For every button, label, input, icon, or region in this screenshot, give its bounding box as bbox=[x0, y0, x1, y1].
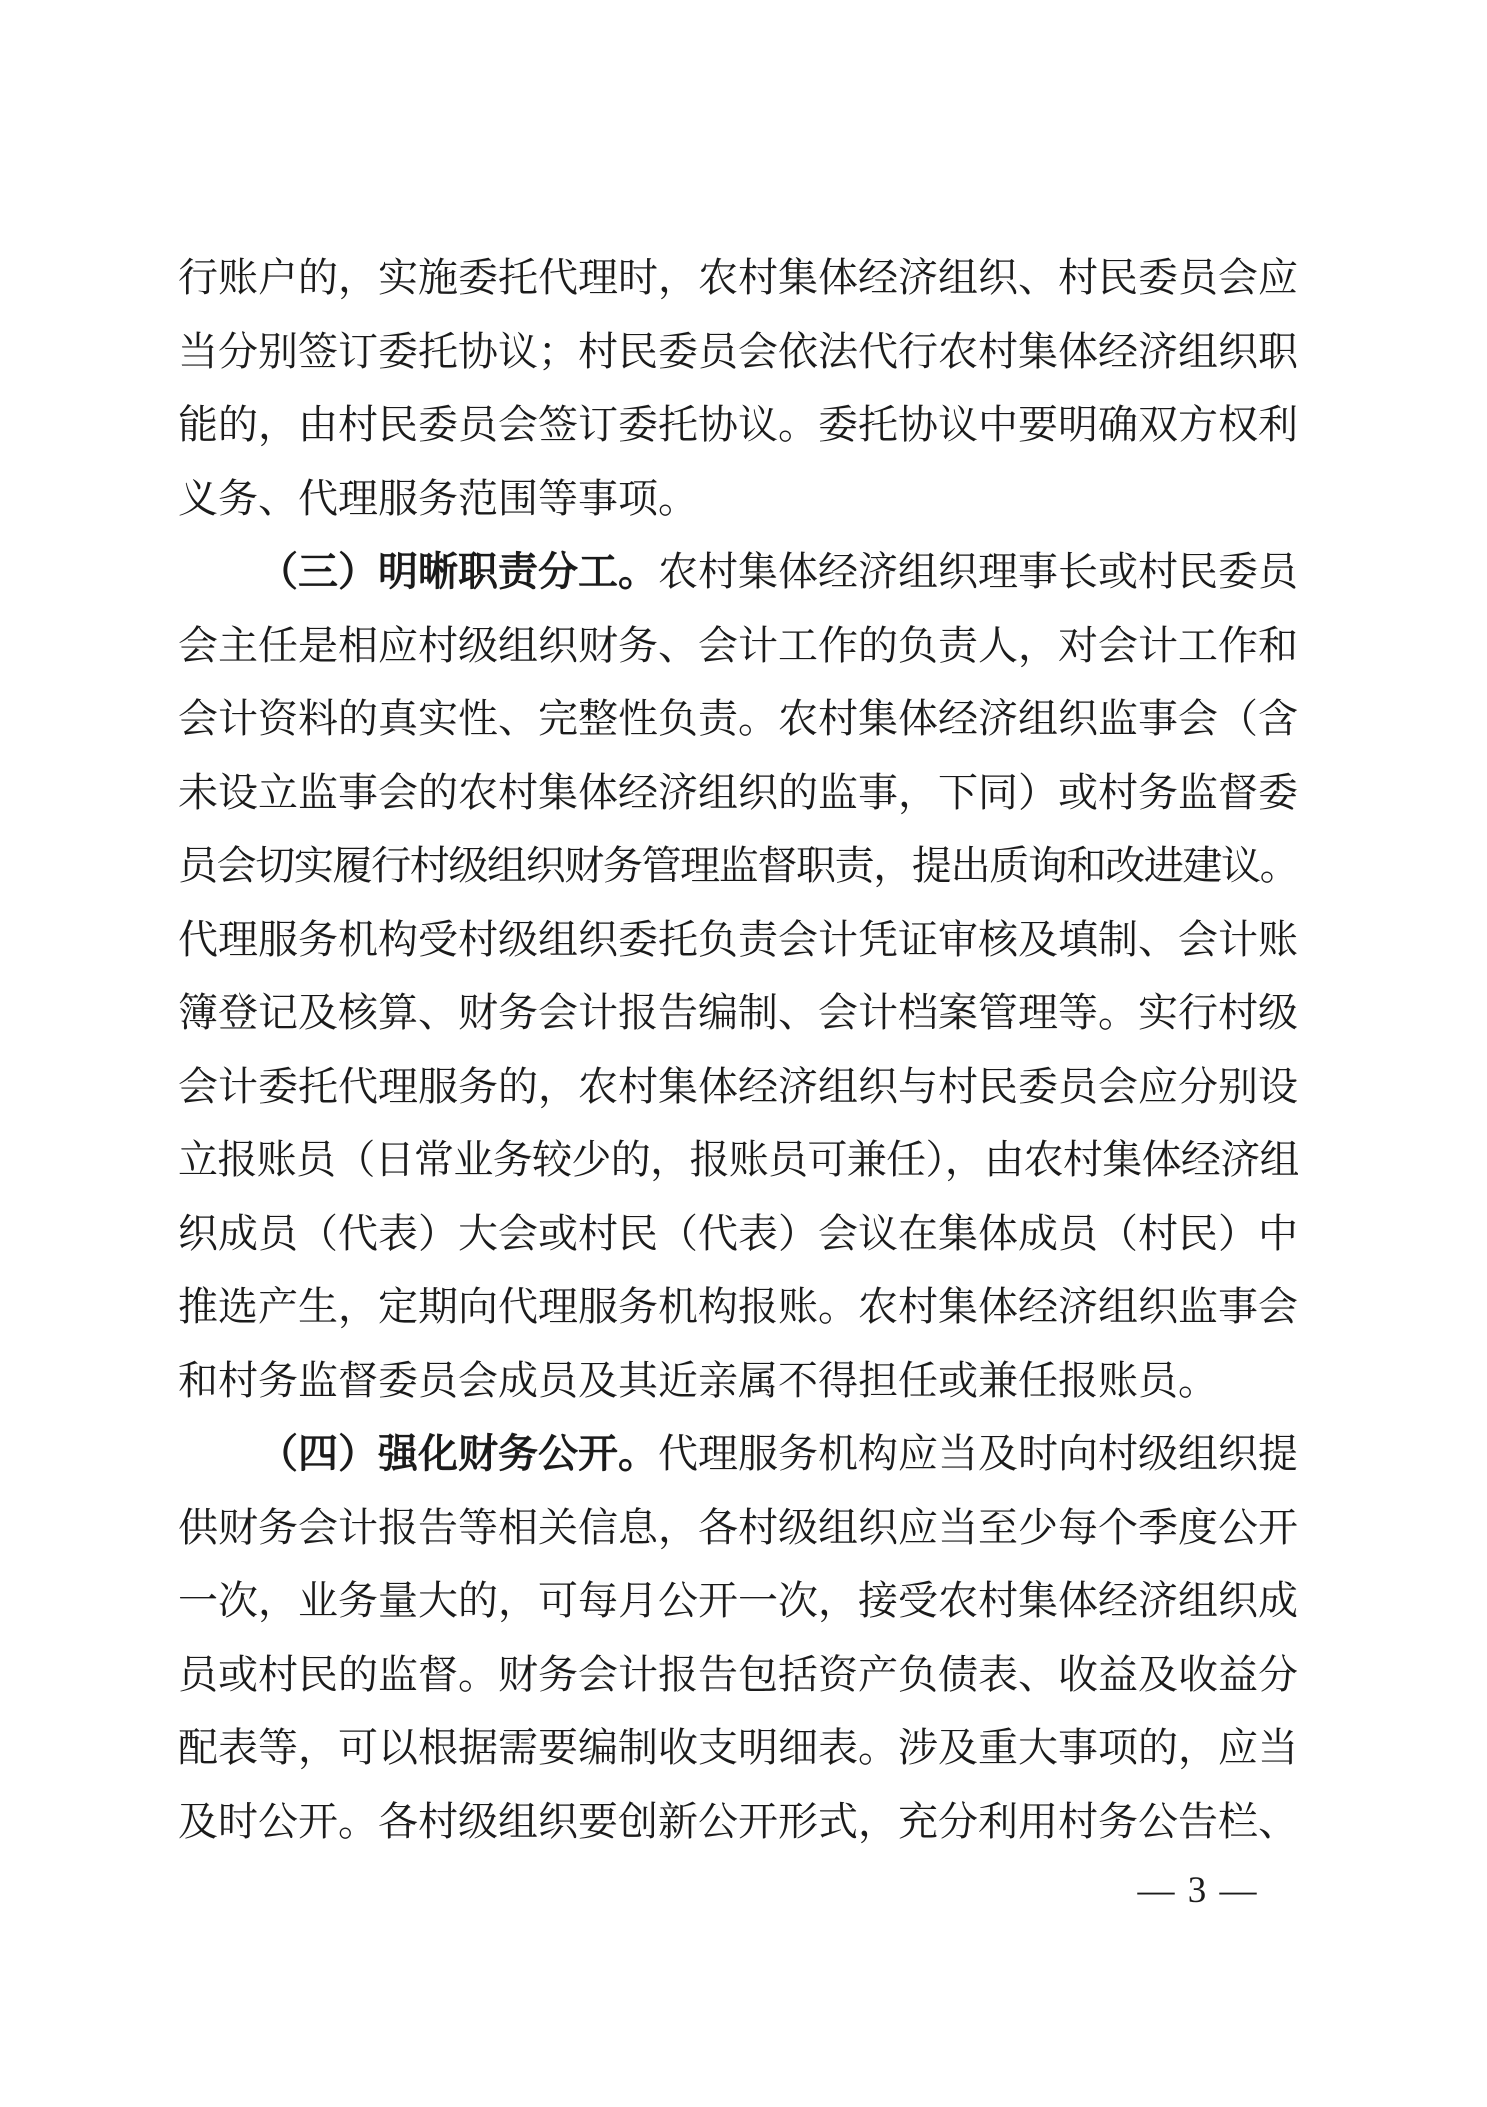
body-text: 会计委托代理服务的，农村集体经济组织与村民委员会应分别设 bbox=[178, 1064, 1298, 1109]
text-line: 会主任是相应村级组织财务、会计工作的负责人，对会计工作和 bbox=[178, 609, 1298, 683]
body-text: 推选产生，定期向代理服务机构报账。农村集体经济组织监事会 bbox=[178, 1284, 1298, 1329]
text-line: 立报账员（日常业务较少的，报账员可兼任），由农村集体经济组 bbox=[178, 1123, 1298, 1197]
text-line: 及时公开。各村级组织要创新公开形式，充分利用村务公告栏、 bbox=[178, 1785, 1298, 1859]
body-text: 能的，由村民委员会签订委托协议。委托协议中要明确双方权利 bbox=[178, 402, 1298, 447]
text-line: 未设立监事会的农村集体经济组织的监事，下同）或村务监督委 bbox=[178, 756, 1298, 830]
body-text: 当分别签订委托协议；村民委员会依法代行农村集体经济组织职 bbox=[178, 329, 1298, 374]
text-line: （三）明晰职责分工。农村集体经济组织理事长或村民委员 bbox=[178, 535, 1298, 609]
text-line: 供财务会计报告等相关信息，各村级组织应当至少每个季度公开 bbox=[178, 1491, 1298, 1565]
body-text: 会主任是相应村级组织财务、会计工作的负责人，对会计工作和 bbox=[178, 623, 1298, 668]
text-line: 织成员（代表）大会或村民（代表）会议在集体成员（村民）中 bbox=[178, 1197, 1298, 1271]
body-text: 未设立监事会的农村集体经济组织的监事，下同）或村务监督委 bbox=[178, 770, 1298, 815]
body-text: 及时公开。各村级组织要创新公开形式，充分利用村务公告栏、 bbox=[178, 1799, 1298, 1844]
text-line: 推选产生，定期向代理服务机构报账。农村集体经济组织监事会 bbox=[178, 1270, 1298, 1344]
text-line: 和村务监督委员会成员及其近亲属不得担任或兼任报账员。 bbox=[178, 1344, 1298, 1418]
text-line: 会计委托代理服务的，农村集体经济组织与村民委员会应分别设 bbox=[178, 1050, 1298, 1124]
body-text: 代理服务机构受村级组织委托负责会计凭证审核及填制、会计账 bbox=[178, 917, 1298, 962]
body-text: 代理服务机构应当及时向村级组织提 bbox=[658, 1431, 1298, 1476]
body-text: 一次，业务量大的，可每月公开一次，接受农村集体经济组织成 bbox=[178, 1578, 1298, 1623]
body-text: 员会切实履行村级组织财务管理监督职责，提出质询和改进建议。 bbox=[178, 843, 1298, 888]
document-page: 行账户的，实施委托代理时，农村集体经济组织、村民委员会应当分别签订委托协议；村民… bbox=[0, 0, 1487, 2107]
text-line: 员会切实履行村级组织财务管理监督职责，提出质询和改进建议。 bbox=[178, 829, 1298, 903]
text-line: 行账户的，实施委托代理时，农村集体经济组织、村民委员会应 bbox=[178, 241, 1298, 315]
body-text: 供财务会计报告等相关信息，各村级组织应当至少每个季度公开 bbox=[178, 1505, 1298, 1550]
text-line: 配表等，可以根据需要编制收支明细表。涉及重大事项的，应当 bbox=[178, 1711, 1298, 1785]
text-line: 簿登记及核算、财务会计报告编制、会计档案管理等。实行村级 bbox=[178, 976, 1298, 1050]
body-text: 立报账员（日常业务较少的，报账员可兼任），由农村集体经济组 bbox=[178, 1137, 1298, 1182]
body-text: 织成员（代表）大会或村民（代表）会议在集体成员（村民）中 bbox=[178, 1211, 1298, 1256]
text-line: 一次，业务量大的，可每月公开一次，接受农村集体经济组织成 bbox=[178, 1564, 1298, 1638]
document-body: 行账户的，实施委托代理时，农村集体经济组织、村民委员会应当分别签订委托协议；村民… bbox=[178, 241, 1298, 1858]
body-text: 和村务监督委员会成员及其近亲属不得担任或兼任报账员。 bbox=[178, 1358, 1218, 1403]
body-text: 配表等，可以根据需要编制收支明细表。涉及重大事项的，应当 bbox=[178, 1725, 1298, 1770]
body-text: 会计资料的真实性、完整性负责。农村集体经济组织监事会（含 bbox=[178, 696, 1298, 741]
text-line: 义务、代理服务范围等事项。 bbox=[178, 462, 1298, 536]
body-text: 员或村民的监督。财务会计报告包括资产负债表、收益及收益分 bbox=[178, 1652, 1298, 1697]
text-line: 员或村民的监督。财务会计报告包括资产负债表、收益及收益分 bbox=[178, 1638, 1298, 1712]
section-heading-text: （三）明晰职责分工。 bbox=[258, 549, 658, 594]
body-text: 义务、代理服务范围等事项。 bbox=[178, 476, 698, 521]
text-line: （四）强化财务公开。代理服务机构应当及时向村级组织提 bbox=[178, 1417, 1298, 1491]
section-heading-text: （四）强化财务公开。 bbox=[258, 1431, 658, 1476]
text-line: 代理服务机构受村级组织委托负责会计凭证审核及填制、会计账 bbox=[178, 903, 1298, 977]
text-line: 会计资料的真实性、完整性负责。农村集体经济组织监事会（含 bbox=[178, 682, 1298, 756]
text-line: 当分别签订委托协议；村民委员会依法代行农村集体经济组织职 bbox=[178, 315, 1298, 389]
body-text: 农村集体经济组织理事长或村民委员 bbox=[658, 549, 1298, 594]
body-text: 行账户的，实施委托代理时，农村集体经济组织、村民委员会应 bbox=[178, 255, 1298, 300]
page-number: — 3 — bbox=[1128, 1869, 1268, 1913]
text-line: 能的，由村民委员会签订委托协议。委托协议中要明确双方权利 bbox=[178, 388, 1298, 462]
body-text: 簿登记及核算、财务会计报告编制、会计档案管理等。实行村级 bbox=[178, 990, 1298, 1035]
